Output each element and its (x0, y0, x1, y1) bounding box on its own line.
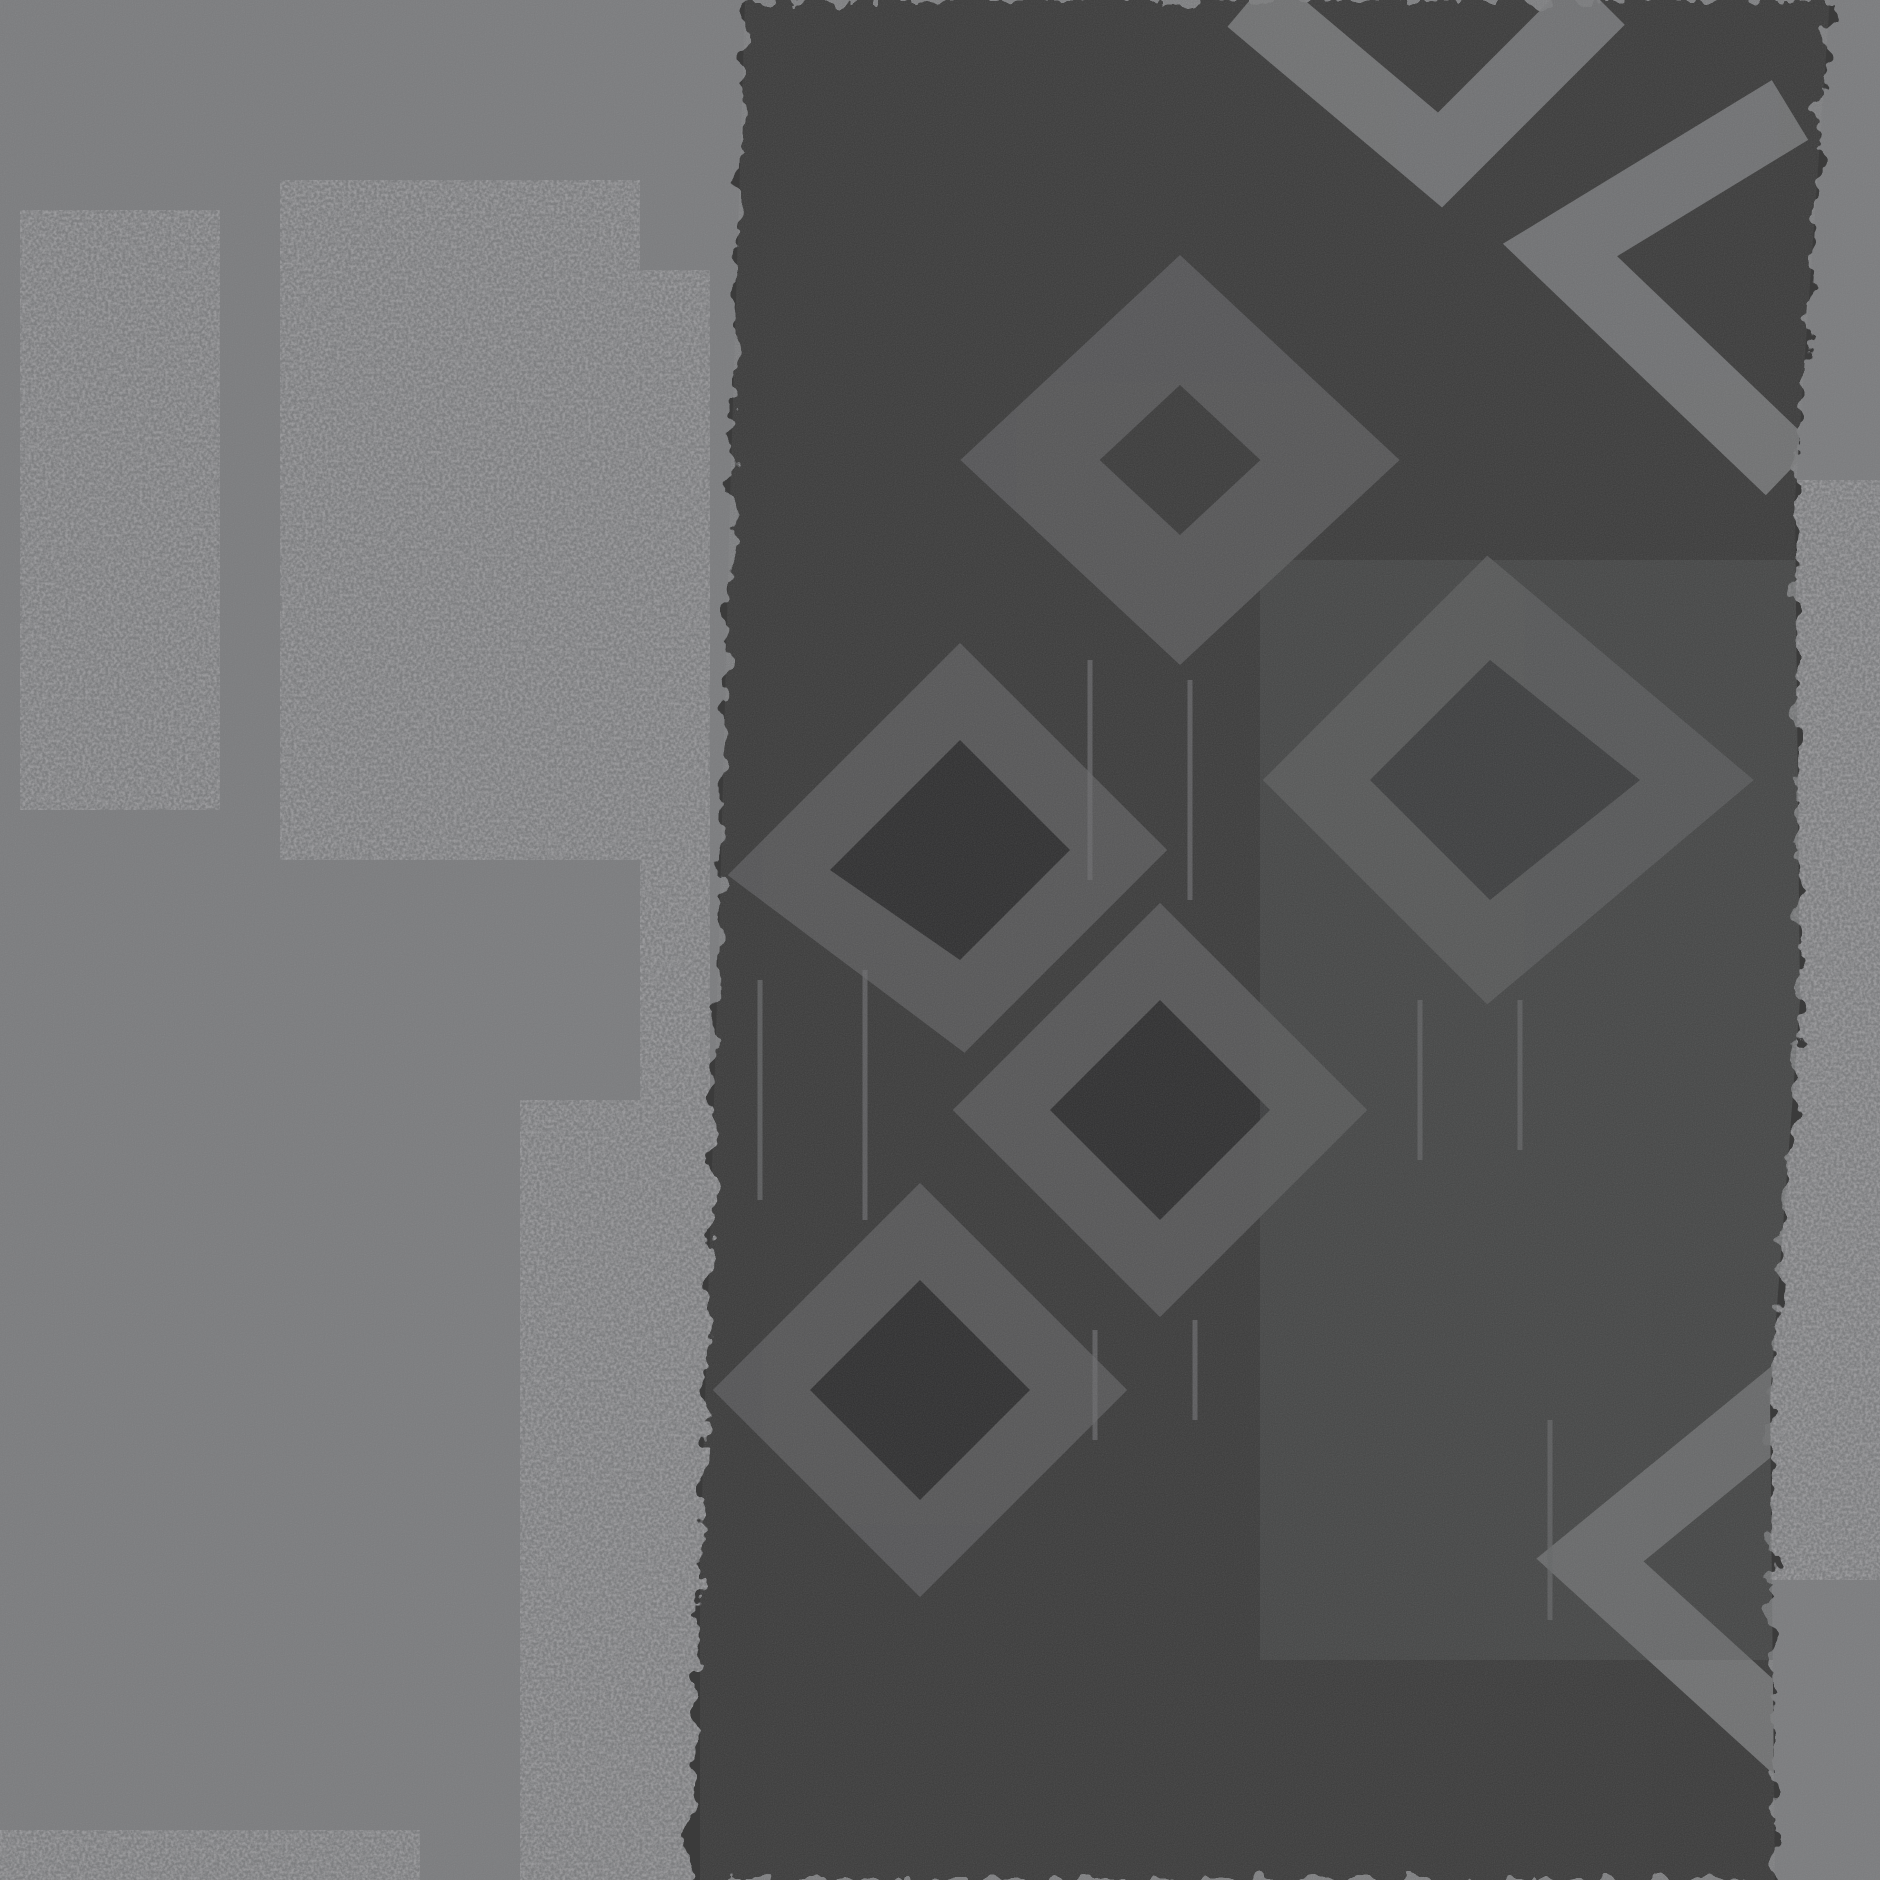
abstract-print (0, 0, 1880, 1880)
artwork-canvas (0, 0, 1880, 1880)
